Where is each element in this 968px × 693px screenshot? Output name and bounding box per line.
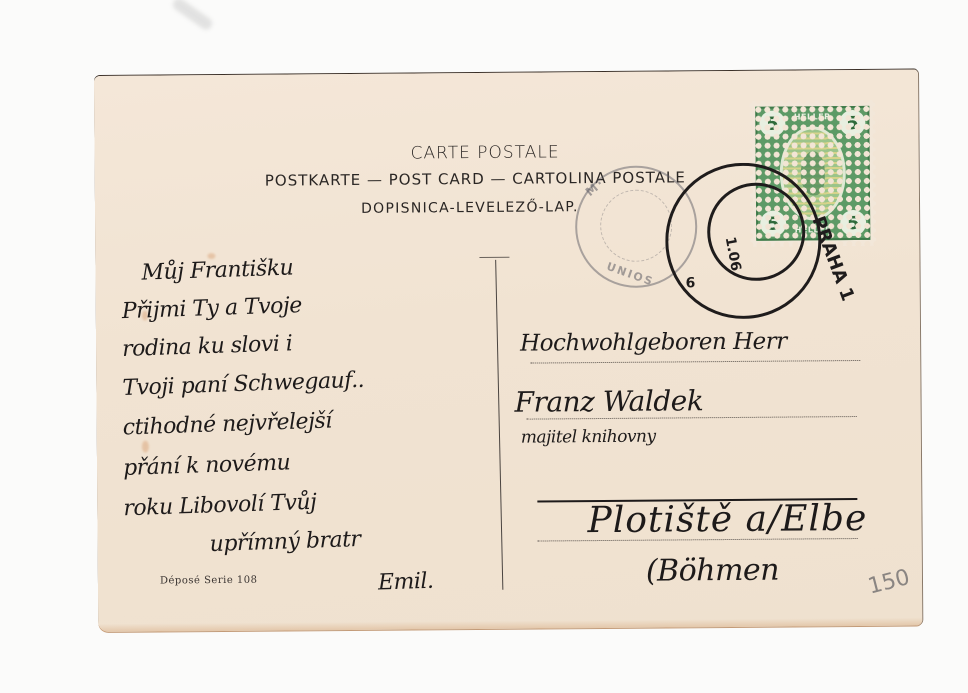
address-town: Plotiště a/Elbe [587,498,867,541]
address-region: (Böhmen [646,553,779,589]
message-line: Tvoji paní Schwegauf.. [122,368,364,401]
postmark-inner-ring [707,182,806,281]
address-salutation: Hochwohlgeboren Herr [520,329,787,357]
stamp-value-tl: 5 [759,111,785,137]
message-line: upřímný bratr [209,527,361,557]
address-name: Franz Waldek [514,384,703,418]
publisher-mark: Déposé Serie 108 [160,575,258,587]
address-line-rule [530,360,860,364]
foxing-stain [142,441,149,453]
emperor-portrait-icon [801,151,825,195]
message-line: přání k novému [123,450,291,481]
stamp-value-tr: 5 [839,110,865,136]
divider-cap [479,257,509,258]
pencil-price-note: 150 [866,565,913,600]
postmark-time: 6 [686,275,696,291]
address-occupation: majitel knihovny [521,427,656,448]
header-line-1: CARTE POSTALE [411,142,560,163]
faint-postmark-inner-ring [600,189,673,262]
header-line-3: DOPISNICA-LEVELEZŐ-LAP. [361,199,579,217]
message-line: roku Libovolí Tvůj [123,490,317,522]
message-line: rodina ku slovi i [122,331,293,362]
postcard-back: CARTE POSTALE POSTKARTE — POST CARD — CA… [94,70,922,632]
vertical-divider [495,260,503,590]
scan-smudge [171,0,215,32]
message-line: Můj Františku [141,255,294,285]
message-line: Přijmi Ty a Tvoje [121,293,302,324]
address-line-rule [538,538,858,542]
message-line: ctihodné nejvřelejší [122,408,332,440]
signature: Emil. [378,569,434,596]
